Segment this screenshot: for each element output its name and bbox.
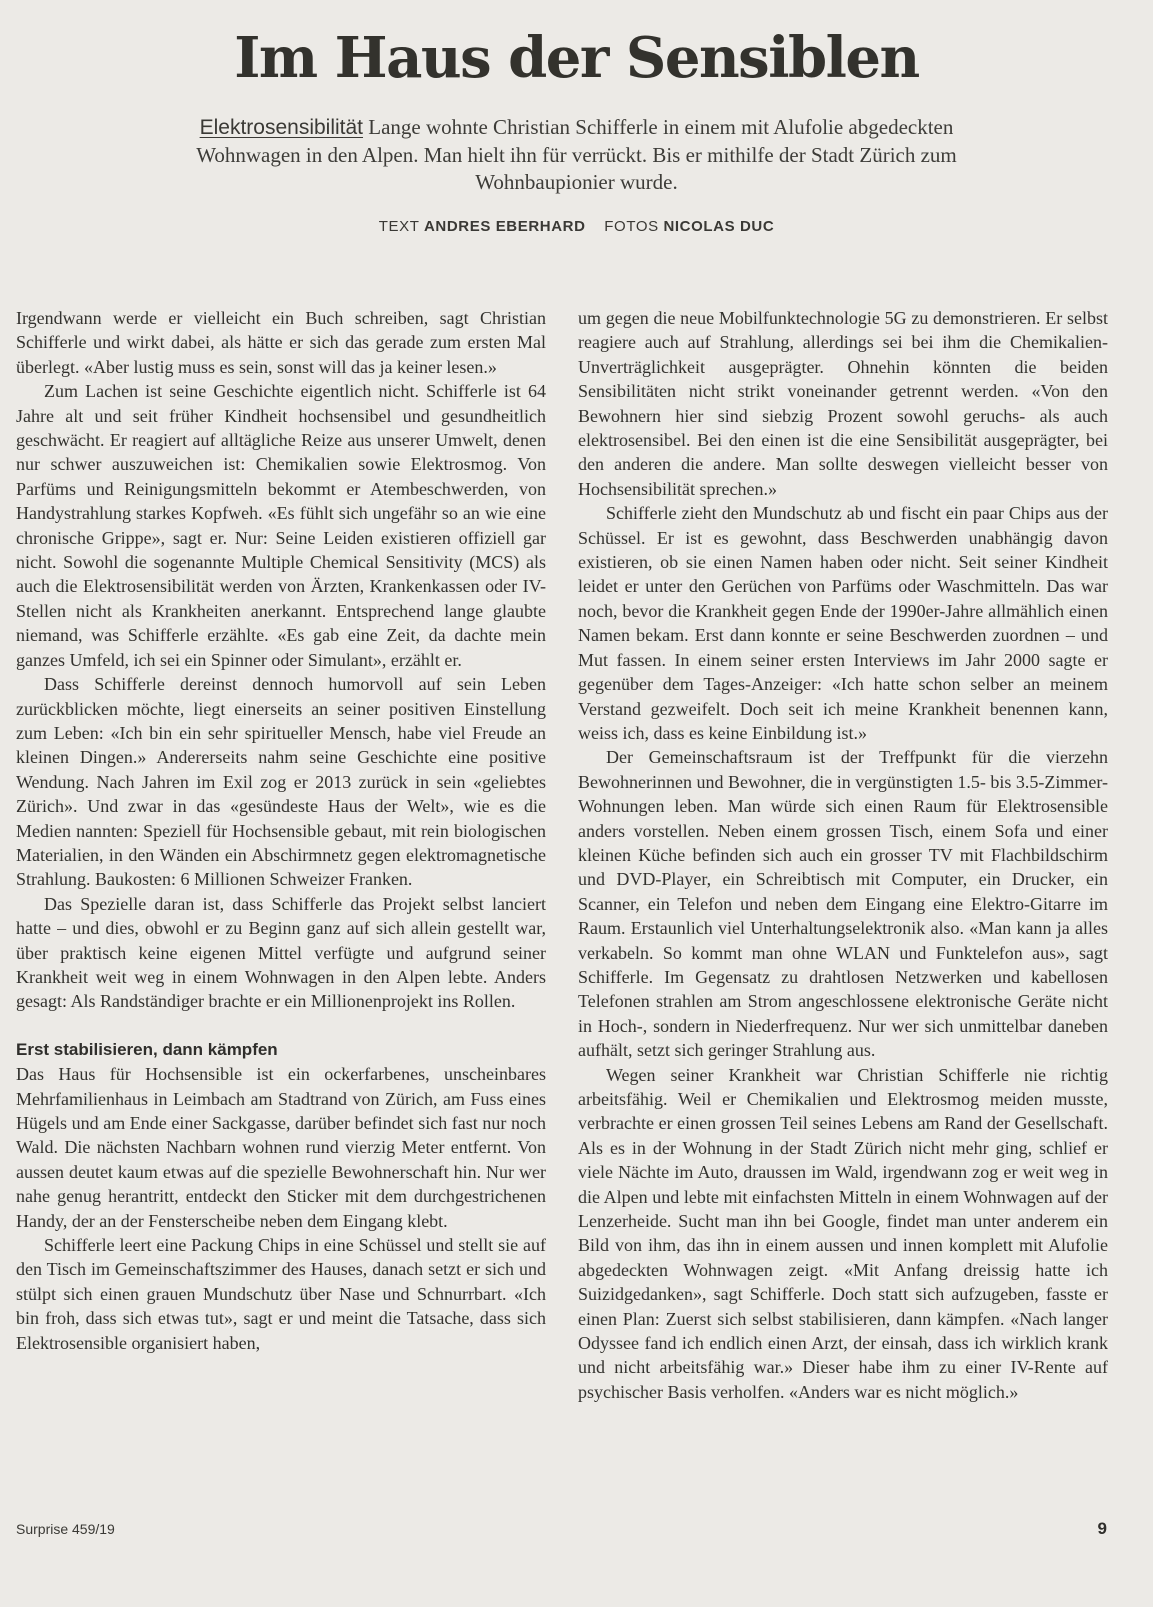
paragraph: Schifferle zieht den Mundschutz ab und f… (578, 501, 1108, 745)
paragraph: Dass Schifferle dereinst dennoch humorvo… (16, 672, 546, 892)
article-column-right: um gegen die neue Mobilfunktechnologie 5… (578, 306, 1108, 1404)
article-column-left: Irgendwann werde er vielleicht ein Buch … (16, 306, 546, 1355)
article-deck: Elektrosensibilität Lange wohnte Christi… (190, 114, 963, 197)
byline-text-label: TEXT (379, 218, 419, 235)
section-subheading: Erst stabilisieren, dann kämpfen (16, 1038, 546, 1062)
paragraph: Irgendwann werde er vielleicht ein Buch … (16, 306, 546, 379)
paragraph: Zum Lachen ist seine Geschichte eigentli… (16, 379, 546, 672)
byline-author: ANDRES EBERHARD (424, 218, 586, 235)
paragraph: Der Gemeinschaftsraum ist der Treffpunkt… (578, 745, 1108, 1062)
paragraph: Das Spezielle daran ist, dass Schifferle… (16, 892, 546, 1014)
article-title: Im Haus der Sensiblen (0, 22, 1153, 94)
deck-kicker: Elektrosensibilität (200, 116, 363, 139)
paragraph: Wegen seiner Krankheit war Christian Sch… (578, 1063, 1108, 1405)
byline-photographer: NICOLAS DUC (663, 218, 774, 235)
byline: TEXT ANDRES EBERHARD FOTOS NICOLAS DUC (0, 218, 1153, 235)
magazine-page: Im Haus der Sensiblen Elektrosensibilitä… (0, 0, 1153, 1607)
paragraph: Das Haus für Hochsensible ist ein ockerf… (16, 1062, 546, 1233)
publication-issue: Surprise 459/19 (16, 1521, 115, 1537)
byline-photo-label: FOTOS (604, 218, 658, 235)
paragraph: Schifferle leert eine Packung Chips in e… (16, 1233, 546, 1355)
page-number: 9 (1098, 1519, 1107, 1539)
paragraph: um gegen die neue Mobilfunktechnologie 5… (578, 306, 1108, 501)
